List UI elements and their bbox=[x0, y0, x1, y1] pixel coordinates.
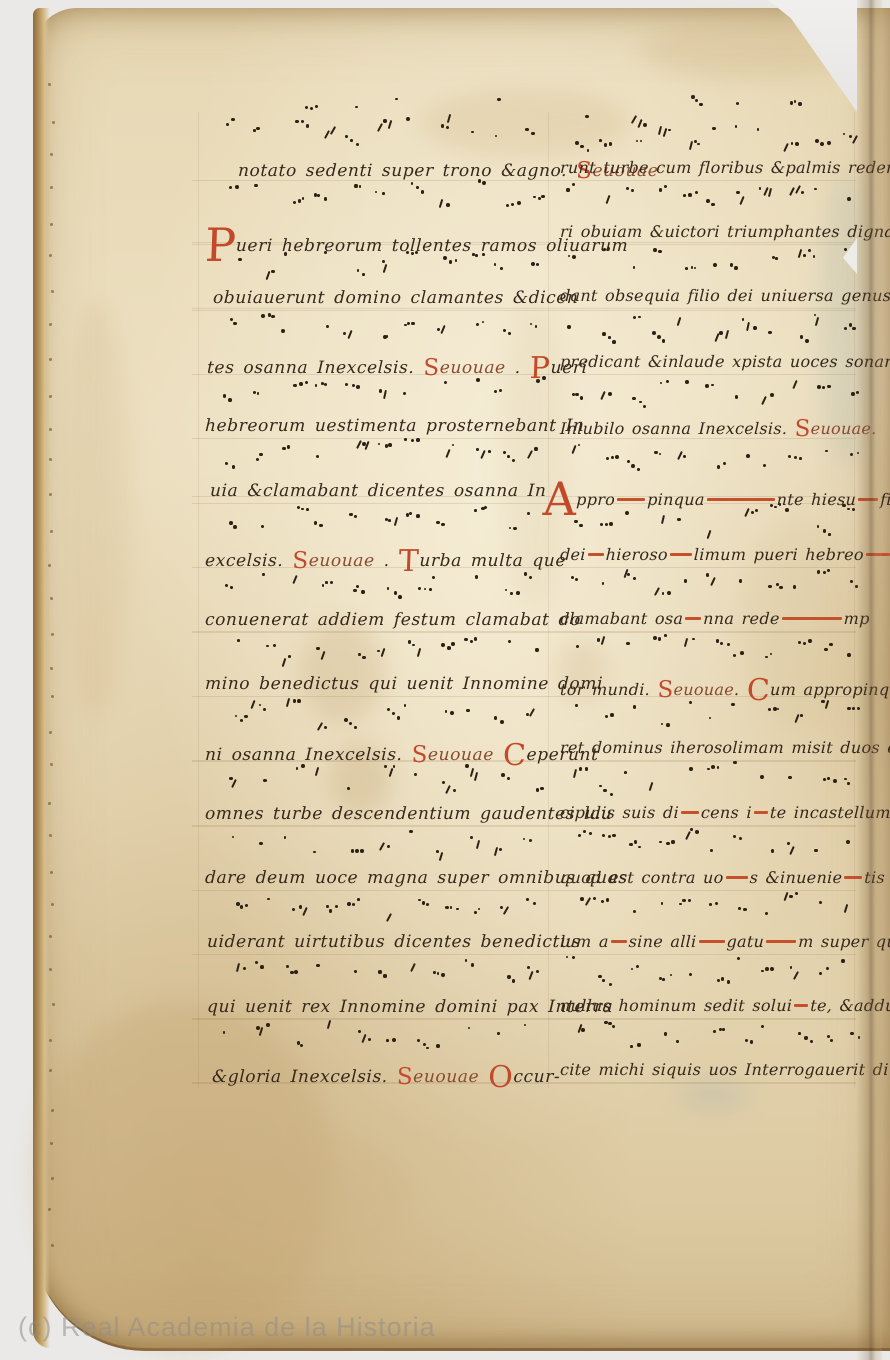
neume-mark bbox=[288, 655, 291, 658]
neume-mark bbox=[742, 318, 745, 321]
neume-mark bbox=[598, 975, 602, 979]
neume-mark bbox=[847, 782, 850, 785]
neume-mark bbox=[508, 640, 511, 643]
chant-text-segment: ppro bbox=[576, 490, 616, 509]
red-extender-line bbox=[588, 553, 604, 556]
neume-mark bbox=[632, 397, 636, 401]
neume-mark bbox=[517, 201, 521, 205]
neume-mark bbox=[713, 1030, 716, 1033]
prick-hole bbox=[52, 121, 55, 124]
chant-line: omnes turbe descendentium gaudentes lau bbox=[205, 806, 613, 823]
neume-mark bbox=[813, 255, 816, 258]
prick-hole bbox=[49, 731, 52, 734]
stain bbox=[420, 88, 630, 158]
neume-mark bbox=[387, 708, 390, 711]
neume-mark bbox=[662, 592, 665, 595]
neume-mark bbox=[610, 793, 613, 796]
neume-mark bbox=[626, 642, 629, 645]
neume-mark bbox=[685, 267, 688, 270]
neume-mark bbox=[233, 525, 237, 529]
stain bbox=[678, 1080, 750, 1110]
neume-mark bbox=[273, 644, 276, 647]
chant-line: obuiauerunt domino clamantes &dicen bbox=[213, 290, 579, 307]
prick-hole bbox=[50, 223, 53, 226]
neume-mark bbox=[244, 715, 248, 719]
neume-mark bbox=[727, 980, 731, 984]
prick-hole bbox=[50, 186, 53, 189]
neume-mark bbox=[790, 966, 793, 969]
neume-mark bbox=[354, 726, 357, 729]
neume-mark bbox=[237, 639, 240, 642]
neume-mark bbox=[497, 1032, 500, 1035]
neume-mark bbox=[734, 266, 738, 270]
neume-mark bbox=[382, 192, 385, 195]
red-capital: S bbox=[423, 355, 440, 381]
prick-hole bbox=[51, 1109, 54, 1112]
neume-mark bbox=[787, 842, 790, 845]
neume-mark bbox=[255, 961, 258, 964]
neume-mark bbox=[689, 973, 692, 976]
neume-mark bbox=[735, 395, 738, 398]
neume-mark bbox=[753, 326, 757, 330]
prick-hole bbox=[49, 1039, 52, 1042]
red-capital: S bbox=[657, 677, 674, 703]
neume-mark bbox=[282, 447, 285, 450]
euouae-text: euouae bbox=[308, 551, 375, 571]
chant-line: ri obuiam &uictori triumphantes digna bbox=[560, 224, 890, 240]
neume-mark bbox=[788, 455, 791, 458]
neume-mark bbox=[799, 457, 802, 460]
red-initial: P bbox=[529, 351, 551, 386]
prick-hole bbox=[48, 564, 51, 567]
neume-mark bbox=[386, 1039, 389, 1042]
neume-mark bbox=[790, 101, 794, 105]
neume-mark bbox=[794, 100, 797, 103]
neume-mark bbox=[416, 438, 420, 442]
neume-mark bbox=[666, 723, 670, 727]
neume-mark bbox=[416, 514, 420, 518]
prick-hole bbox=[48, 802, 51, 805]
neume-mark bbox=[567, 325, 571, 329]
prick-hole bbox=[50, 667, 53, 670]
neume-mark bbox=[638, 846, 641, 849]
neume-mark bbox=[634, 840, 637, 843]
neume-mark bbox=[360, 849, 364, 853]
neume-mark bbox=[470, 836, 473, 839]
margin-rule bbox=[198, 112, 199, 1088]
neume-mark bbox=[526, 898, 529, 901]
chant-text-segment: predicant &inlaude xpista uoces sonant bbox=[560, 352, 890, 371]
neume-mark bbox=[429, 588, 432, 591]
neume-mark bbox=[395, 98, 398, 101]
neume-mark bbox=[534, 447, 537, 450]
neume-mark bbox=[683, 194, 686, 197]
neume-mark bbox=[610, 713, 614, 717]
chant-text-segment: uiderant uirtutibus dicentes benedictus bbox=[207, 932, 582, 952]
ruled-line bbox=[192, 825, 856, 826]
neume-mark bbox=[243, 967, 246, 970]
neume-mark bbox=[652, 331, 656, 335]
chant-line: lum asine alligatum super quem bbox=[560, 934, 890, 950]
neume-mark bbox=[743, 908, 746, 911]
neume-mark bbox=[260, 965, 264, 969]
neume-mark bbox=[826, 967, 829, 970]
neume-mark bbox=[356, 585, 359, 588]
chant-text-segment: nte hiesu bbox=[776, 490, 856, 509]
chant-text-segment: runt turbe cum floribus &palmis redempto bbox=[560, 158, 890, 177]
neume-mark bbox=[733, 835, 736, 838]
neume-mark bbox=[798, 1032, 801, 1035]
red-initial: C bbox=[502, 738, 527, 773]
red-extender-line bbox=[681, 811, 699, 814]
neume-mark bbox=[822, 386, 825, 389]
prick-hole bbox=[51, 1177, 54, 1180]
neume-mark bbox=[709, 903, 712, 906]
chant-text-segment: dei bbox=[560, 545, 586, 564]
neume-mark bbox=[317, 194, 320, 197]
neume-mark bbox=[695, 830, 699, 834]
neume-mark bbox=[824, 648, 828, 652]
neume-mark bbox=[295, 120, 298, 123]
neume-mark bbox=[768, 331, 771, 334]
neume-mark bbox=[852, 707, 855, 710]
chant-line: qui uenit rex Innomine domini pax Interr… bbox=[207, 999, 614, 1016]
neume-mark bbox=[684, 579, 688, 583]
neume-mark bbox=[466, 709, 469, 712]
chant-text-segment: quod est contra uo bbox=[560, 868, 724, 887]
neume-mark bbox=[658, 250, 662, 254]
prick-hole bbox=[50, 1142, 53, 1145]
chant-text-segment: sine alli bbox=[628, 932, 696, 951]
neume-mark bbox=[720, 642, 723, 645]
neume-mark bbox=[315, 105, 318, 108]
chant-line: excelsis. Seuouae . Turba multa que bbox=[204, 547, 566, 577]
neume-mark bbox=[654, 451, 658, 455]
chant-line: clamabant osanna redemp bbox=[560, 611, 870, 627]
chant-line: mino benedictus qui uenit Innomine domi bbox=[205, 676, 604, 693]
chant-text-segment: ccur- bbox=[513, 1067, 561, 1087]
neume-mark bbox=[316, 647, 320, 651]
chant-text-segment: nna rede bbox=[703, 609, 780, 628]
copyright-watermark: (c) Real Academia de la Historia bbox=[18, 1312, 436, 1343]
neume-mark bbox=[259, 453, 262, 456]
prick-hole bbox=[50, 597, 53, 600]
ruled-line bbox=[192, 1019, 856, 1020]
neume-mark bbox=[602, 332, 606, 336]
neume-mark bbox=[847, 653, 851, 657]
prick-hole bbox=[49, 358, 52, 361]
red-extender-line bbox=[754, 811, 768, 814]
neume-mark bbox=[580, 897, 584, 901]
neume-mark bbox=[423, 1043, 426, 1046]
neume-mark bbox=[585, 115, 588, 118]
neume-mark bbox=[706, 199, 710, 203]
neume-mark bbox=[847, 197, 851, 201]
neume-mark bbox=[820, 142, 824, 146]
neume-mark bbox=[358, 1030, 361, 1033]
neume-mark bbox=[666, 380, 669, 383]
neume-mark bbox=[541, 195, 545, 199]
neume-mark bbox=[772, 256, 775, 259]
neume-mark bbox=[688, 193, 692, 197]
neume-mark bbox=[527, 512, 530, 515]
neume-mark bbox=[694, 140, 697, 143]
prick-hole bbox=[49, 493, 52, 496]
neume-mark bbox=[314, 521, 317, 524]
neume-mark bbox=[638, 316, 641, 319]
neume-mark bbox=[474, 637, 478, 641]
prick-hole bbox=[51, 1244, 54, 1247]
neume-mark bbox=[271, 270, 274, 273]
neume-mark bbox=[659, 977, 662, 980]
neume-mark bbox=[691, 95, 695, 99]
red-extender-line bbox=[685, 617, 701, 620]
ruled-line bbox=[192, 890, 856, 891]
neume-mark bbox=[259, 842, 262, 845]
prick-hole bbox=[49, 935, 52, 938]
prick-hole bbox=[48, 1208, 51, 1211]
neume-mark bbox=[229, 777, 233, 781]
neume-mark bbox=[827, 141, 831, 145]
prick-hole bbox=[52, 1003, 55, 1006]
neume-mark bbox=[503, 329, 506, 332]
chant-text-segment: nullus hominum sedit solui bbox=[560, 996, 793, 1015]
neume-mark bbox=[263, 708, 266, 711]
neume-mark bbox=[228, 398, 232, 402]
neume-mark bbox=[722, 1028, 725, 1031]
prick-hole bbox=[49, 968, 52, 971]
neume-mark bbox=[823, 529, 826, 532]
red-extender-line bbox=[766, 940, 796, 943]
neume-mark bbox=[266, 1023, 270, 1027]
neume-mark bbox=[805, 339, 809, 343]
neume-mark bbox=[325, 581, 328, 584]
chant-line: cite michi siquis uos Interrogauerit di bbox=[560, 1062, 889, 1078]
neume-mark bbox=[602, 979, 605, 982]
neume-mark bbox=[297, 699, 301, 703]
neume-mark bbox=[605, 523, 608, 526]
neume-mark bbox=[225, 584, 228, 587]
neume-mark bbox=[500, 906, 503, 909]
neume-mark bbox=[441, 643, 445, 647]
neume-mark bbox=[508, 332, 511, 335]
ruled-line bbox=[192, 1018, 856, 1019]
chant-text-segment: &gloria Inexcelsis. bbox=[212, 1067, 398, 1087]
neume-mark bbox=[506, 204, 509, 207]
red-extender-line bbox=[611, 940, 627, 943]
chant-text-segment: . bbox=[505, 358, 530, 378]
prick-hole bbox=[49, 428, 52, 431]
neume-mark bbox=[422, 901, 425, 904]
red-extender-line bbox=[617, 498, 645, 501]
neume-mark bbox=[357, 898, 360, 901]
neume-mark bbox=[636, 965, 639, 968]
neume-mark bbox=[293, 699, 297, 703]
chant-text-segment: clamabant osa bbox=[560, 609, 684, 628]
neume-mark bbox=[445, 906, 448, 909]
neume-mark bbox=[494, 716, 497, 719]
chant-line: uiderant uirtutibus dicentes benedictus bbox=[207, 934, 581, 951]
chant-line: ret dominus iherosolimam misit duos exdi… bbox=[560, 740, 890, 756]
neume-mark bbox=[690, 828, 693, 831]
neume-mark bbox=[604, 1021, 607, 1024]
neume-mark bbox=[397, 716, 401, 720]
neume-mark bbox=[488, 450, 491, 453]
neume-mark bbox=[417, 1039, 420, 1042]
neume-mark bbox=[851, 392, 855, 396]
neume-mark bbox=[388, 443, 392, 447]
neume-mark bbox=[697, 143, 700, 146]
neume-mark bbox=[409, 830, 413, 834]
neume-mark bbox=[409, 512, 412, 515]
neume-mark bbox=[716, 639, 720, 643]
neume-mark bbox=[540, 787, 544, 791]
fore-edge-crease bbox=[856, 0, 882, 1360]
prick-hole bbox=[48, 83, 51, 86]
chant-line: deihierosolimum pueri hebreorum bbox=[560, 547, 890, 563]
neume-mark bbox=[418, 587, 421, 590]
neume-mark bbox=[666, 842, 669, 845]
neume-mark bbox=[770, 967, 774, 971]
neume-mark bbox=[398, 595, 402, 599]
neume-mark bbox=[699, 103, 702, 106]
chant-text-segment: Inlubilo osanna Inexcelsis. bbox=[560, 419, 795, 438]
neume-mark bbox=[600, 523, 603, 526]
large-red-initial: A bbox=[542, 472, 577, 526]
prick-hole bbox=[50, 763, 53, 766]
neume-mark bbox=[668, 129, 671, 132]
neume-mark bbox=[306, 124, 310, 128]
chant-line: predicant &inlaude xpista uoces sonant bbox=[560, 354, 890, 370]
neume-mark bbox=[608, 336, 611, 339]
neume-mark bbox=[719, 1028, 722, 1031]
chant-text-segment: ni osanna Inexcelsis. bbox=[205, 745, 412, 765]
chant-text-segment: gatu bbox=[726, 932, 764, 951]
prick-hole bbox=[49, 323, 52, 326]
neume-mark bbox=[581, 1028, 585, 1032]
neume-mark bbox=[510, 592, 513, 595]
neume-mark bbox=[233, 322, 236, 325]
neume-mark bbox=[736, 191, 740, 195]
stain bbox=[300, 620, 385, 725]
neume-mark bbox=[719, 331, 722, 334]
neume-mark bbox=[612, 1025, 615, 1028]
neume-mark bbox=[712, 127, 715, 130]
neume-mark bbox=[358, 653, 361, 656]
chant-text-segment: . bbox=[374, 551, 399, 571]
neume-mark bbox=[437, 972, 440, 975]
neume-mark bbox=[823, 571, 826, 574]
neume-mark bbox=[230, 586, 233, 589]
neume-mark bbox=[707, 768, 710, 771]
neume-mark bbox=[692, 638, 695, 641]
chant-text-segment: hieroso bbox=[605, 545, 668, 564]
red-capital: S bbox=[411, 742, 428, 768]
neume-mark bbox=[800, 714, 803, 717]
neume-mark bbox=[456, 908, 459, 911]
chant-text-segment: pinqua bbox=[647, 490, 705, 509]
chant-text-segment: . bbox=[734, 680, 747, 699]
neume-mark bbox=[223, 1031, 226, 1034]
neume-mark bbox=[531, 132, 534, 135]
chant-text-segment: lum a bbox=[560, 932, 609, 951]
neume-mark bbox=[576, 645, 579, 648]
neume-mark bbox=[271, 315, 274, 318]
neume-mark bbox=[471, 963, 474, 966]
chant-text-segment: limum pueri hebreo bbox=[694, 545, 865, 564]
neume-mark bbox=[815, 139, 819, 143]
neume-mark bbox=[795, 142, 799, 146]
neume-mark bbox=[633, 266, 636, 269]
prick-hole bbox=[51, 633, 54, 636]
neume-mark bbox=[253, 391, 256, 394]
neume-mark bbox=[451, 642, 455, 646]
neume-mark bbox=[711, 765, 715, 769]
neume-mark bbox=[798, 641, 801, 644]
chant-text-segment: dant obsequia filio dei uniuersa genus bbox=[560, 286, 890, 305]
neume-mark bbox=[266, 645, 269, 648]
neume-mark bbox=[801, 191, 804, 194]
neume-mark bbox=[604, 143, 608, 147]
prick-hole bbox=[51, 695, 54, 698]
neume-mark bbox=[261, 314, 265, 318]
neume-mark bbox=[575, 578, 578, 581]
red-initial: C bbox=[746, 673, 770, 708]
prick-hole bbox=[49, 395, 52, 398]
neume-mark bbox=[254, 184, 258, 188]
chant-text-segment: s &inuenie bbox=[749, 868, 842, 887]
prick-hole bbox=[49, 458, 52, 461]
neume-mark bbox=[667, 591, 671, 595]
chant-text-segment: tes osanna Inexcelsis. bbox=[207, 358, 424, 378]
neume-mark bbox=[324, 726, 327, 729]
manuscript-photo: notato sedenti super trono &agno. Seuoua… bbox=[0, 0, 890, 1360]
neume-mark bbox=[788, 776, 792, 780]
red-capital: S bbox=[292, 548, 309, 574]
neume-mark bbox=[823, 778, 826, 781]
stain bbox=[60, 300, 130, 720]
neume-mark bbox=[814, 188, 817, 191]
neume-mark bbox=[624, 771, 627, 774]
chant-text-segment: uia &clamabant dicentes osanna In bbox=[210, 481, 547, 501]
neume-mark bbox=[717, 465, 721, 469]
neume-mark bbox=[404, 704, 407, 707]
chant-line: quod est contra uos &inuenietis pul bbox=[560, 870, 890, 886]
chant-line: Appropinquante hiesufilio bbox=[542, 476, 890, 522]
neume-mark bbox=[717, 979, 720, 982]
neume-mark bbox=[301, 120, 304, 123]
neume-mark bbox=[408, 640, 412, 644]
neume-mark bbox=[347, 902, 351, 906]
neume-mark bbox=[771, 849, 774, 852]
neume-mark bbox=[378, 970, 381, 973]
neume-mark bbox=[535, 325, 538, 328]
neume-mark bbox=[689, 767, 693, 771]
neume-mark bbox=[750, 1040, 754, 1044]
neume-mark bbox=[631, 464, 635, 468]
ruled-line bbox=[192, 954, 856, 955]
neume-mark bbox=[343, 332, 346, 335]
chant-text-segment: urba multa que bbox=[419, 551, 566, 571]
prick-hole bbox=[50, 871, 53, 874]
euouae-text: euouae bbox=[439, 358, 506, 378]
neume-mark bbox=[484, 506, 487, 509]
neume-mark bbox=[379, 389, 382, 392]
prick-hole bbox=[49, 834, 52, 837]
ruled-line bbox=[192, 826, 856, 827]
neume-mark bbox=[316, 455, 319, 458]
chant-text-segment: qui uenit rex Innomine domini pax Interr… bbox=[207, 997, 614, 1017]
